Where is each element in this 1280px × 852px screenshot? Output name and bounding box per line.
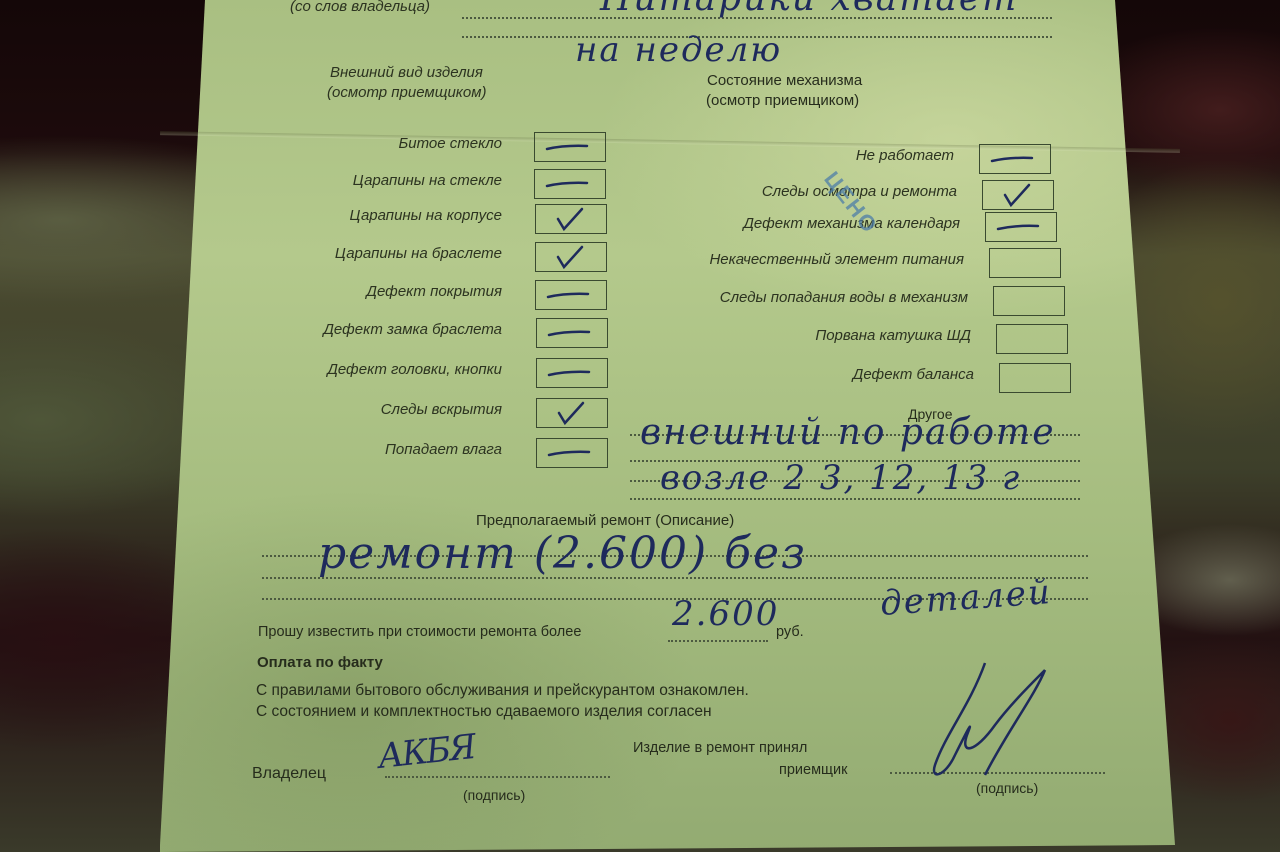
mechanism-item-label: Некачественный элемент питания — [709, 251, 964, 268]
exterior-item-label: Битое стекло — [398, 135, 502, 152]
dash-mark-icon — [537, 319, 597, 352]
exterior-checkbox[interactable] — [535, 204, 607, 234]
other-line-4 — [630, 498, 1080, 500]
receiver-signature — [915, 655, 1065, 795]
dash-mark-icon — [980, 145, 1040, 178]
mechanism-subtitle: (осмотр приемщиком) — [706, 92, 859, 109]
exterior-checkbox[interactable] — [536, 358, 608, 388]
owner-label: Владелец — [252, 765, 326, 783]
mechanism-item-label: Порвана катушка ШД — [815, 327, 971, 344]
exterior-checkbox[interactable] — [535, 242, 607, 272]
exterior-checkbox[interactable] — [535, 280, 607, 310]
check-mark-icon — [536, 205, 596, 238]
repair-title: Предполагаемый ремонт (Описание) — [476, 512, 734, 529]
exterior-checkbox[interactable] — [536, 438, 608, 468]
mechanism-checkbox[interactable] — [996, 324, 1068, 354]
mechanism-checkbox[interactable] — [999, 363, 1071, 393]
exterior-item-label: Царапины на браслете — [335, 245, 502, 262]
check-mark-icon — [537, 399, 597, 432]
notify-currency: руб. — [776, 624, 804, 640]
notify-label: Прошу известить при стоимости ремонта бо… — [258, 624, 581, 640]
other-handwritten-1: внешний по работе — [640, 412, 1056, 453]
exterior-item-label: Царапины на стекле — [353, 172, 502, 189]
exterior-checkbox[interactable] — [534, 169, 606, 199]
exterior-checkbox[interactable] — [534, 132, 606, 162]
owner-signature-line — [385, 776, 610, 778]
mechanism-checkbox[interactable] — [985, 212, 1057, 242]
dash-mark-icon — [537, 359, 597, 392]
mechanism-item-label: Следы попадания воды в механизм — [720, 289, 968, 306]
notify-amount-line — [668, 640, 768, 642]
exterior-subtitle: (осмотр приемщиком) — [327, 84, 487, 101]
agreement-condition: С состоянием и комплектностью сдаваемого… — [256, 703, 712, 721]
exterior-item-label: Следы вскрытия — [381, 401, 502, 418]
owner-words-handwritten-2: на неделю — [575, 30, 782, 70]
accepted-label: Изделие в ремонт принял — [633, 740, 807, 756]
agreement-rules: С правилами бытового обслуживания и прей… — [256, 682, 749, 700]
owner-words-label: (со слов владельца) — [290, 0, 430, 15]
dash-mark-icon — [536, 281, 596, 314]
other-handwritten-2: возле 2 3, 12, 13 г — [660, 458, 1021, 498]
mechanism-item-label: Не работает — [856, 147, 954, 164]
receiver-label: приемщик — [779, 762, 847, 778]
exterior-item-label: Дефект покрытия — [366, 283, 502, 300]
exterior-item-label: Дефект головки, кнопки — [327, 361, 502, 378]
dash-mark-icon — [535, 170, 595, 203]
payment-label: Оплата по факту — [257, 654, 383, 671]
mechanism-checkbox[interactable] — [979, 144, 1051, 174]
exterior-title: Внешний вид изделия — [330, 64, 483, 81]
mechanism-checkbox[interactable] — [982, 180, 1054, 210]
exterior-checkbox[interactable] — [536, 398, 608, 428]
dash-mark-icon — [535, 133, 595, 166]
mechanism-checkbox[interactable] — [993, 286, 1065, 316]
mechanism-title: Состояние механизма — [707, 72, 862, 89]
mechanism-item-label: Дефект баланса — [853, 366, 974, 383]
owner-signature-caption: (подпись) — [463, 787, 525, 803]
exterior-item-label: Попадает влага — [385, 441, 502, 458]
mechanism-checkbox[interactable] — [989, 248, 1061, 278]
exterior-item-label: Дефект замка браслета — [323, 321, 502, 338]
check-mark-icon — [536, 243, 596, 276]
check-mark-icon — [983, 181, 1043, 214]
exterior-checkbox[interactable] — [536, 318, 608, 348]
dash-mark-icon — [986, 213, 1046, 246]
exterior-item-label: Царапины на корпусе — [350, 207, 502, 224]
owner-words-handwritten-1: Питарики хватает — [600, 0, 1018, 19]
dash-mark-icon — [537, 439, 597, 472]
repair-handwritten-1: ремонт (2.600) без — [318, 528, 807, 579]
notify-amount: 2.600 — [672, 594, 779, 634]
